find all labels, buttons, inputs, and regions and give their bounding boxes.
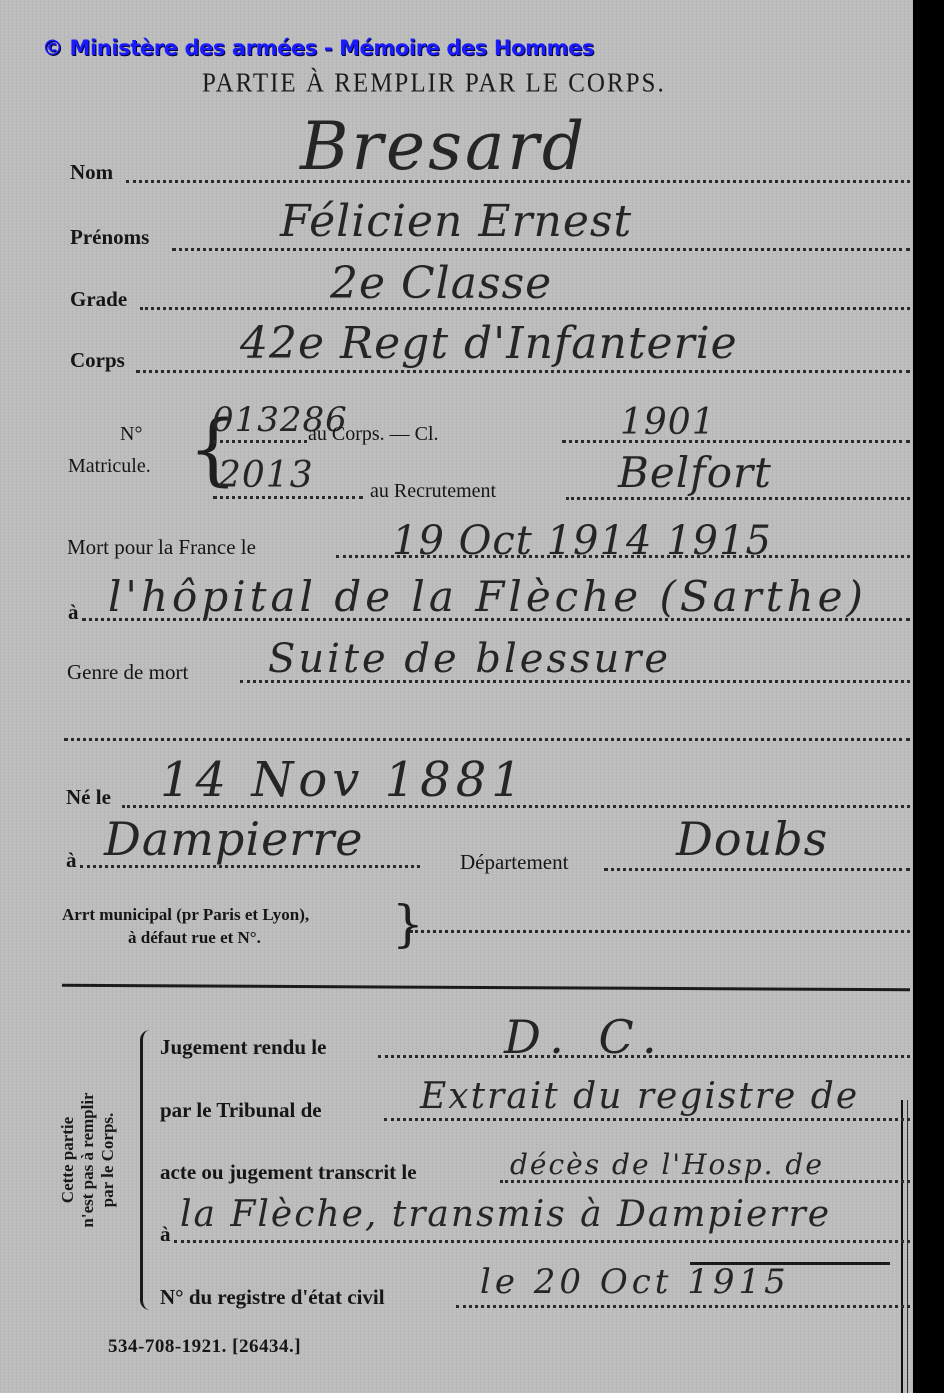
prenoms-label: Prénoms — [70, 225, 149, 250]
mort-label: Mort pour la France le — [67, 535, 256, 560]
corps-label: Corps — [70, 348, 125, 373]
side-note-line-3: par le Corps. — [98, 1075, 118, 1245]
ne-le-label: Né le — [66, 785, 111, 810]
jugement-value: D. C. — [504, 1010, 667, 1064]
blank-line — [64, 738, 910, 741]
arrondissement-label-2: à défaut rue et N°. — [128, 928, 261, 948]
recrutement-line — [566, 497, 910, 500]
arrondissement-line — [410, 930, 910, 933]
ne-le-value: 14 Nov 1881 — [160, 752, 527, 808]
recrutement-value: Belfort — [618, 448, 772, 497]
nom-value: Bresard — [300, 108, 587, 185]
transcrit-a-line — [174, 1240, 910, 1243]
prenoms-line — [172, 248, 910, 251]
arrondissement-label: Arrt municipal (pr Paris et Lyon), — [62, 905, 309, 925]
departement-label: Département — [460, 850, 568, 875]
grade-value: 2e Classe — [330, 258, 552, 309]
au-recrutement-label: au Recrutement — [370, 480, 496, 503]
classe-value: 1901 — [620, 402, 716, 443]
lieu-deces-value: l'hôpital de la Flèche (Sarthe) — [108, 572, 867, 621]
corps-number-line — [213, 440, 307, 443]
card-edge-rule-2 — [907, 1100, 908, 1393]
arrondissement-brace: } — [392, 898, 424, 950]
transcrit-value: décès de l'Hosp. de — [510, 1148, 824, 1181]
registre-line — [456, 1305, 910, 1308]
lieu-naissance-label: à — [66, 848, 77, 873]
side-note: Cette partie n'est pas à remplir par le … — [58, 1075, 118, 1245]
transcrit-a-value: la Flèche, transmis à Dampierre — [180, 1194, 831, 1235]
lieu-deces-label: à — [68, 600, 79, 625]
side-note-line-1: Cette partie — [58, 1075, 78, 1245]
tribunal-value: Extrait du registre de — [420, 1076, 859, 1117]
au-corps-label: au Corps. — Cl. — [308, 423, 439, 446]
prenoms-value: Félicien Ernest — [280, 196, 632, 247]
corps-line — [136, 370, 910, 373]
matricule-label-no: N° — [120, 423, 142, 446]
transcrit-a-label: à — [160, 1222, 171, 1247]
scan-border — [913, 0, 944, 1393]
copyright-watermark: © Ministère des armées - Mémoire des Hom… — [42, 36, 594, 60]
recrutement-number-line — [213, 496, 363, 499]
tribunal-label: par le Tribunal de — [160, 1098, 322, 1123]
classe-line — [562, 440, 910, 443]
tribunal-line — [384, 1118, 910, 1121]
matricule-label: Matricule. — [68, 455, 151, 478]
jugement-label: Jugement rendu le — [160, 1035, 326, 1060]
lieu-naissance-value: Dampierre — [104, 812, 364, 866]
card-edge-rule — [901, 1100, 903, 1393]
recrutement-number-value: 2013 — [218, 455, 314, 496]
side-note-line-2: n'est pas à remplir — [78, 1075, 98, 1245]
transcrit-label: acte ou jugement transcrit le — [160, 1160, 417, 1185]
departement-value: Doubs — [676, 812, 828, 866]
registre-value: le 20 Oct 1915 — [480, 1262, 790, 1302]
genre-mort-label: Genre de mort — [67, 660, 188, 685]
form-title: PARTIE À REMPLIR PAR LE CORPS. — [202, 69, 666, 100]
corps-value: 42e Regt d'Infanterie — [240, 318, 738, 369]
print-reference: 534-708-1921. [26434.] — [108, 1336, 301, 1358]
genre-mort-value: Suite de blessure — [268, 636, 671, 682]
grade-label: Grade — [70, 287, 127, 312]
side-bracket — [140, 1030, 151, 1310]
registre-label: N° du registre d'état civil — [160, 1285, 385, 1310]
departement-line — [604, 868, 910, 871]
nom-label: Nom — [70, 160, 113, 185]
mort-value: 19 Oct 1914 1915 — [392, 518, 772, 564]
